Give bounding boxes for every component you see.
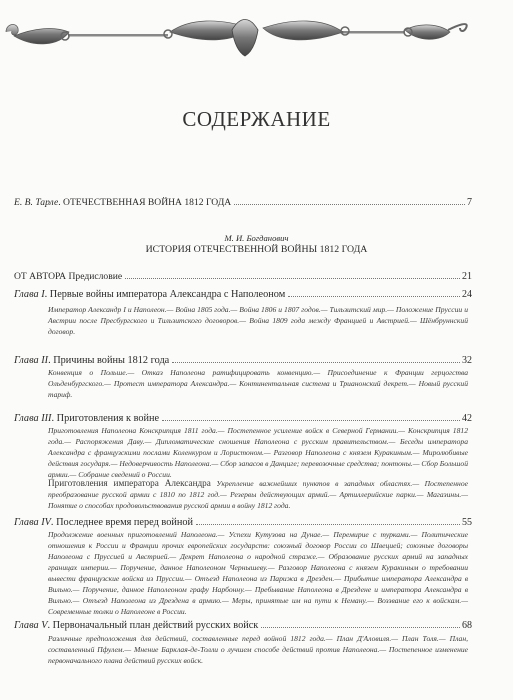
chapter-3-summary: Приготовления Наполеона Конскрипция 1811…	[48, 425, 468, 480]
toc-entry-tarle[interactable]: Е. В. Тарле . ОТЕЧЕСТВЕННАЯ ВОЙНА 1812 Г…	[14, 197, 472, 208]
dot-leader	[261, 627, 460, 628]
chapter-title: . Приготовления к войне	[51, 413, 159, 424]
chapter-label: Глава IV	[14, 517, 51, 528]
dot-leader	[288, 296, 460, 297]
chapter-3-summary-2: Приготовления императора Александра Укре…	[48, 478, 468, 511]
entry-author: Е. В. Тарле	[14, 197, 58, 208]
book-title: ИСТОРИЯ ОТЕЧЕСТВЕННОЙ ВОЙНЫ 1812 ГОДА	[0, 244, 513, 255]
toc-entry-chapter-3[interactable]: Глава III . Приготовления к войне 42	[14, 413, 472, 424]
page-number: 42	[462, 413, 472, 424]
dot-leader	[125, 278, 460, 279]
toc-entry-chapter-5[interactable]: Глава V . Первоначальный план действий р…	[14, 620, 472, 631]
toc-entry-chapter-2[interactable]: Глава II . Причины войны 1812 года 32	[14, 355, 472, 366]
chapter-title: . Причины войны 1812 года	[48, 355, 169, 366]
entry-title: . ОТЕЧЕСТВЕННАЯ ВОЙНА 1812 ГОДА	[58, 197, 231, 208]
summary-subhead: Приготовления императора Александра	[48, 478, 211, 488]
chapter-5-summary: Различные предположения для действий, со…	[48, 633, 468, 666]
chapter-1-summary: Император Александр I и Наполеон.— Война…	[48, 304, 468, 337]
author-bogdanovich: М. И. Богданович	[0, 233, 513, 243]
dot-leader	[162, 420, 460, 421]
toc-entry-chapter-1[interactable]: Глава I . Первые войны императора Алекса…	[14, 289, 472, 300]
page-number: 55	[462, 517, 472, 528]
page-number: 7	[467, 197, 472, 208]
page-number: 21	[462, 271, 472, 282]
entry-title: ОТ АВТОРА Предисловие	[14, 271, 122, 282]
page-title: СОДЕРЖАНИЕ	[0, 107, 513, 132]
chapter-label: Глава I	[14, 289, 45, 300]
toc-entry-preface[interactable]: ОТ АВТОРА Предисловие 21	[14, 271, 472, 282]
chapter-4-summary: Продолжение военных приготовлений Наполе…	[48, 529, 468, 617]
page-number: 32	[462, 355, 472, 366]
dot-leader	[234, 204, 465, 205]
chapter-label: Глава III	[14, 413, 51, 424]
chapter-title: . Первые войны императора Александра с Н…	[45, 289, 286, 300]
chapter-label: Глава II	[14, 355, 48, 366]
chapter-label: Глава V	[14, 620, 48, 631]
dot-leader	[196, 524, 460, 525]
chapter-2-summary: Конвенция о Польше.— Отказ Наполеона рат…	[48, 367, 468, 400]
ornament-icon	[0, 12, 513, 57]
dot-leader	[172, 362, 460, 363]
page-number: 68	[462, 620, 472, 631]
chapter-title: . Первоначальный план действий русских в…	[48, 620, 259, 631]
page-number: 24	[462, 289, 472, 300]
toc-entry-chapter-4[interactable]: Глава IV . Последнее время перед войной …	[14, 517, 472, 528]
chapter-title: . Последнее время перед войной	[51, 517, 193, 528]
